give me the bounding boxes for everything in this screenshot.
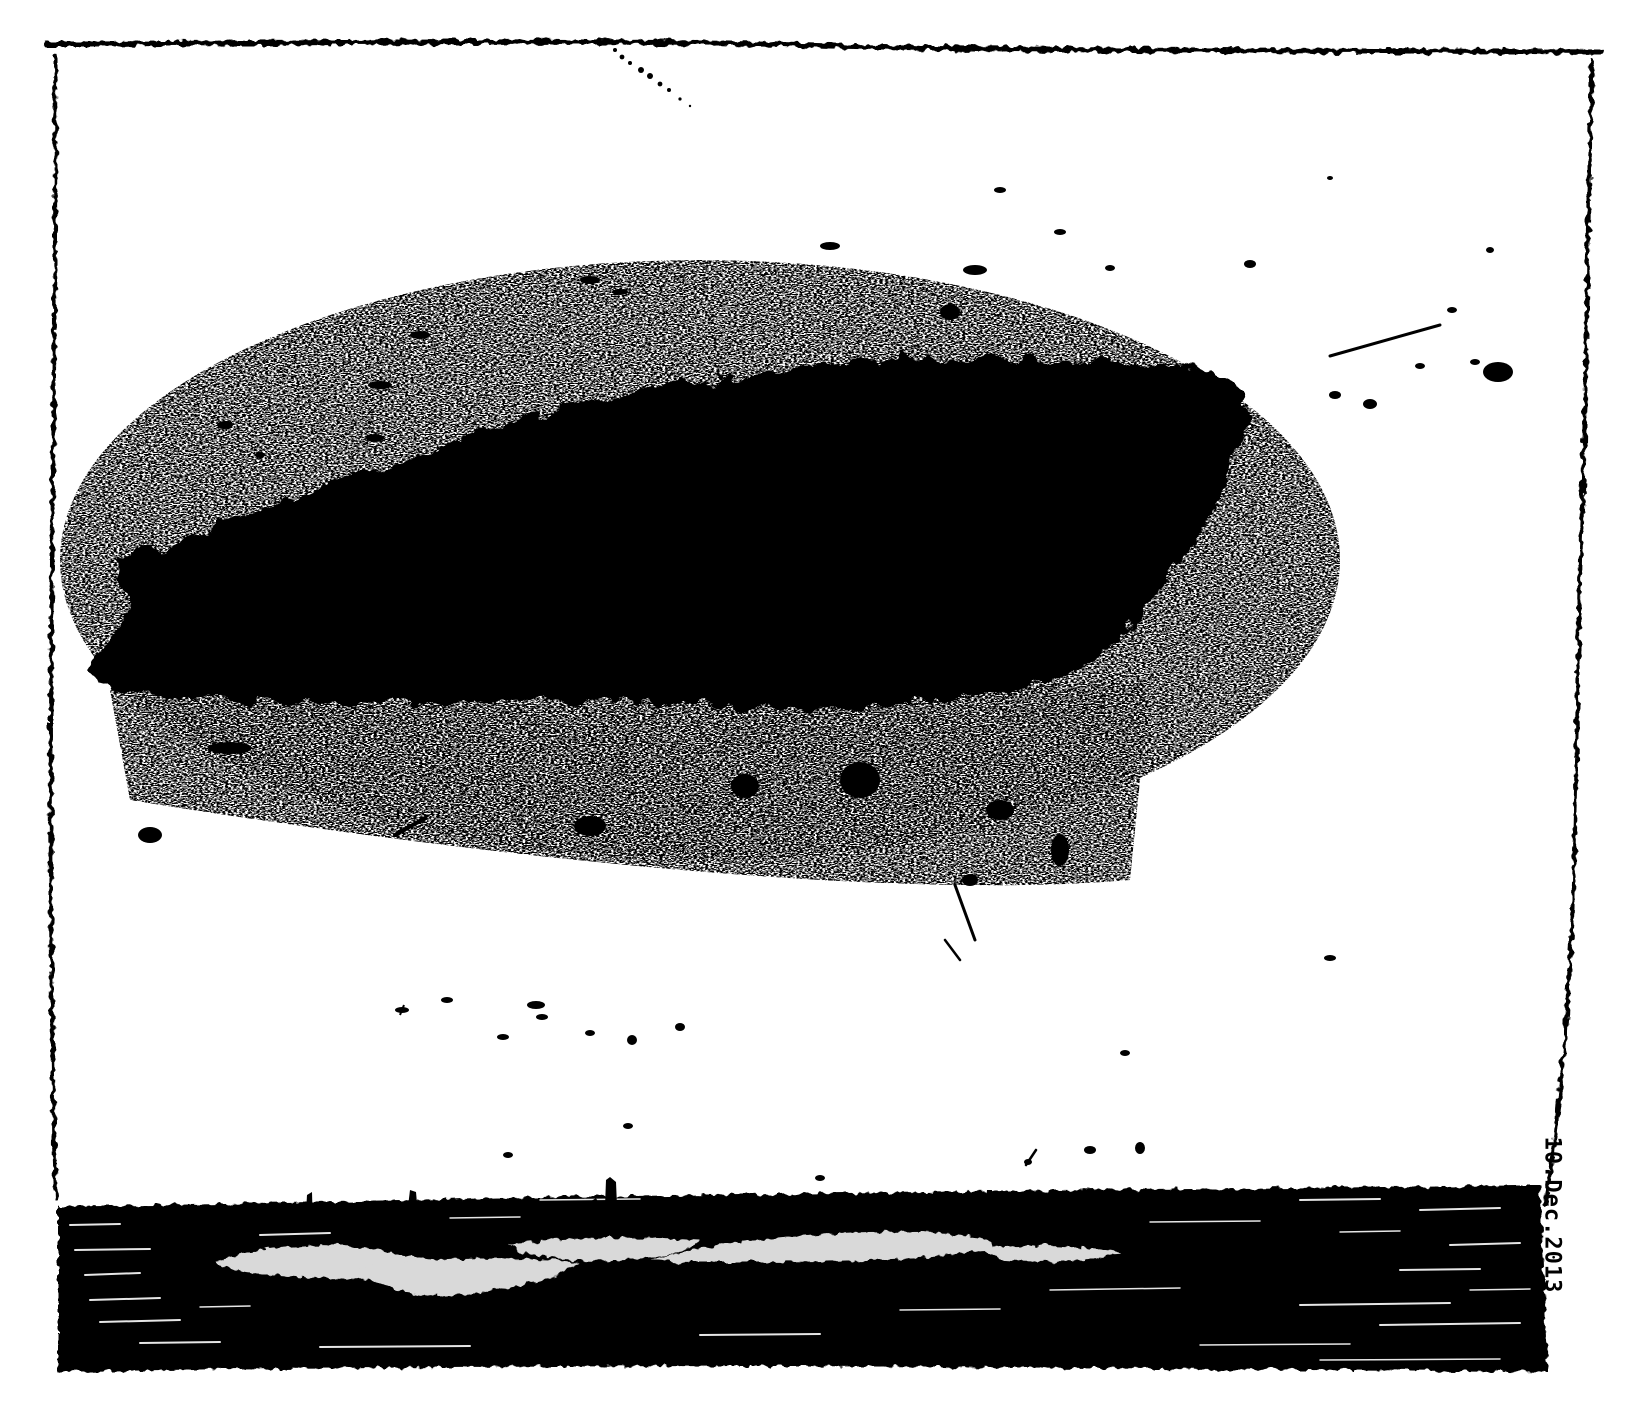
artist-signature-date: 10.Dec.2013 [1540, 1137, 1565, 1294]
sea [58, 1177, 1548, 1372]
ink-drawing [0, 0, 1631, 1417]
